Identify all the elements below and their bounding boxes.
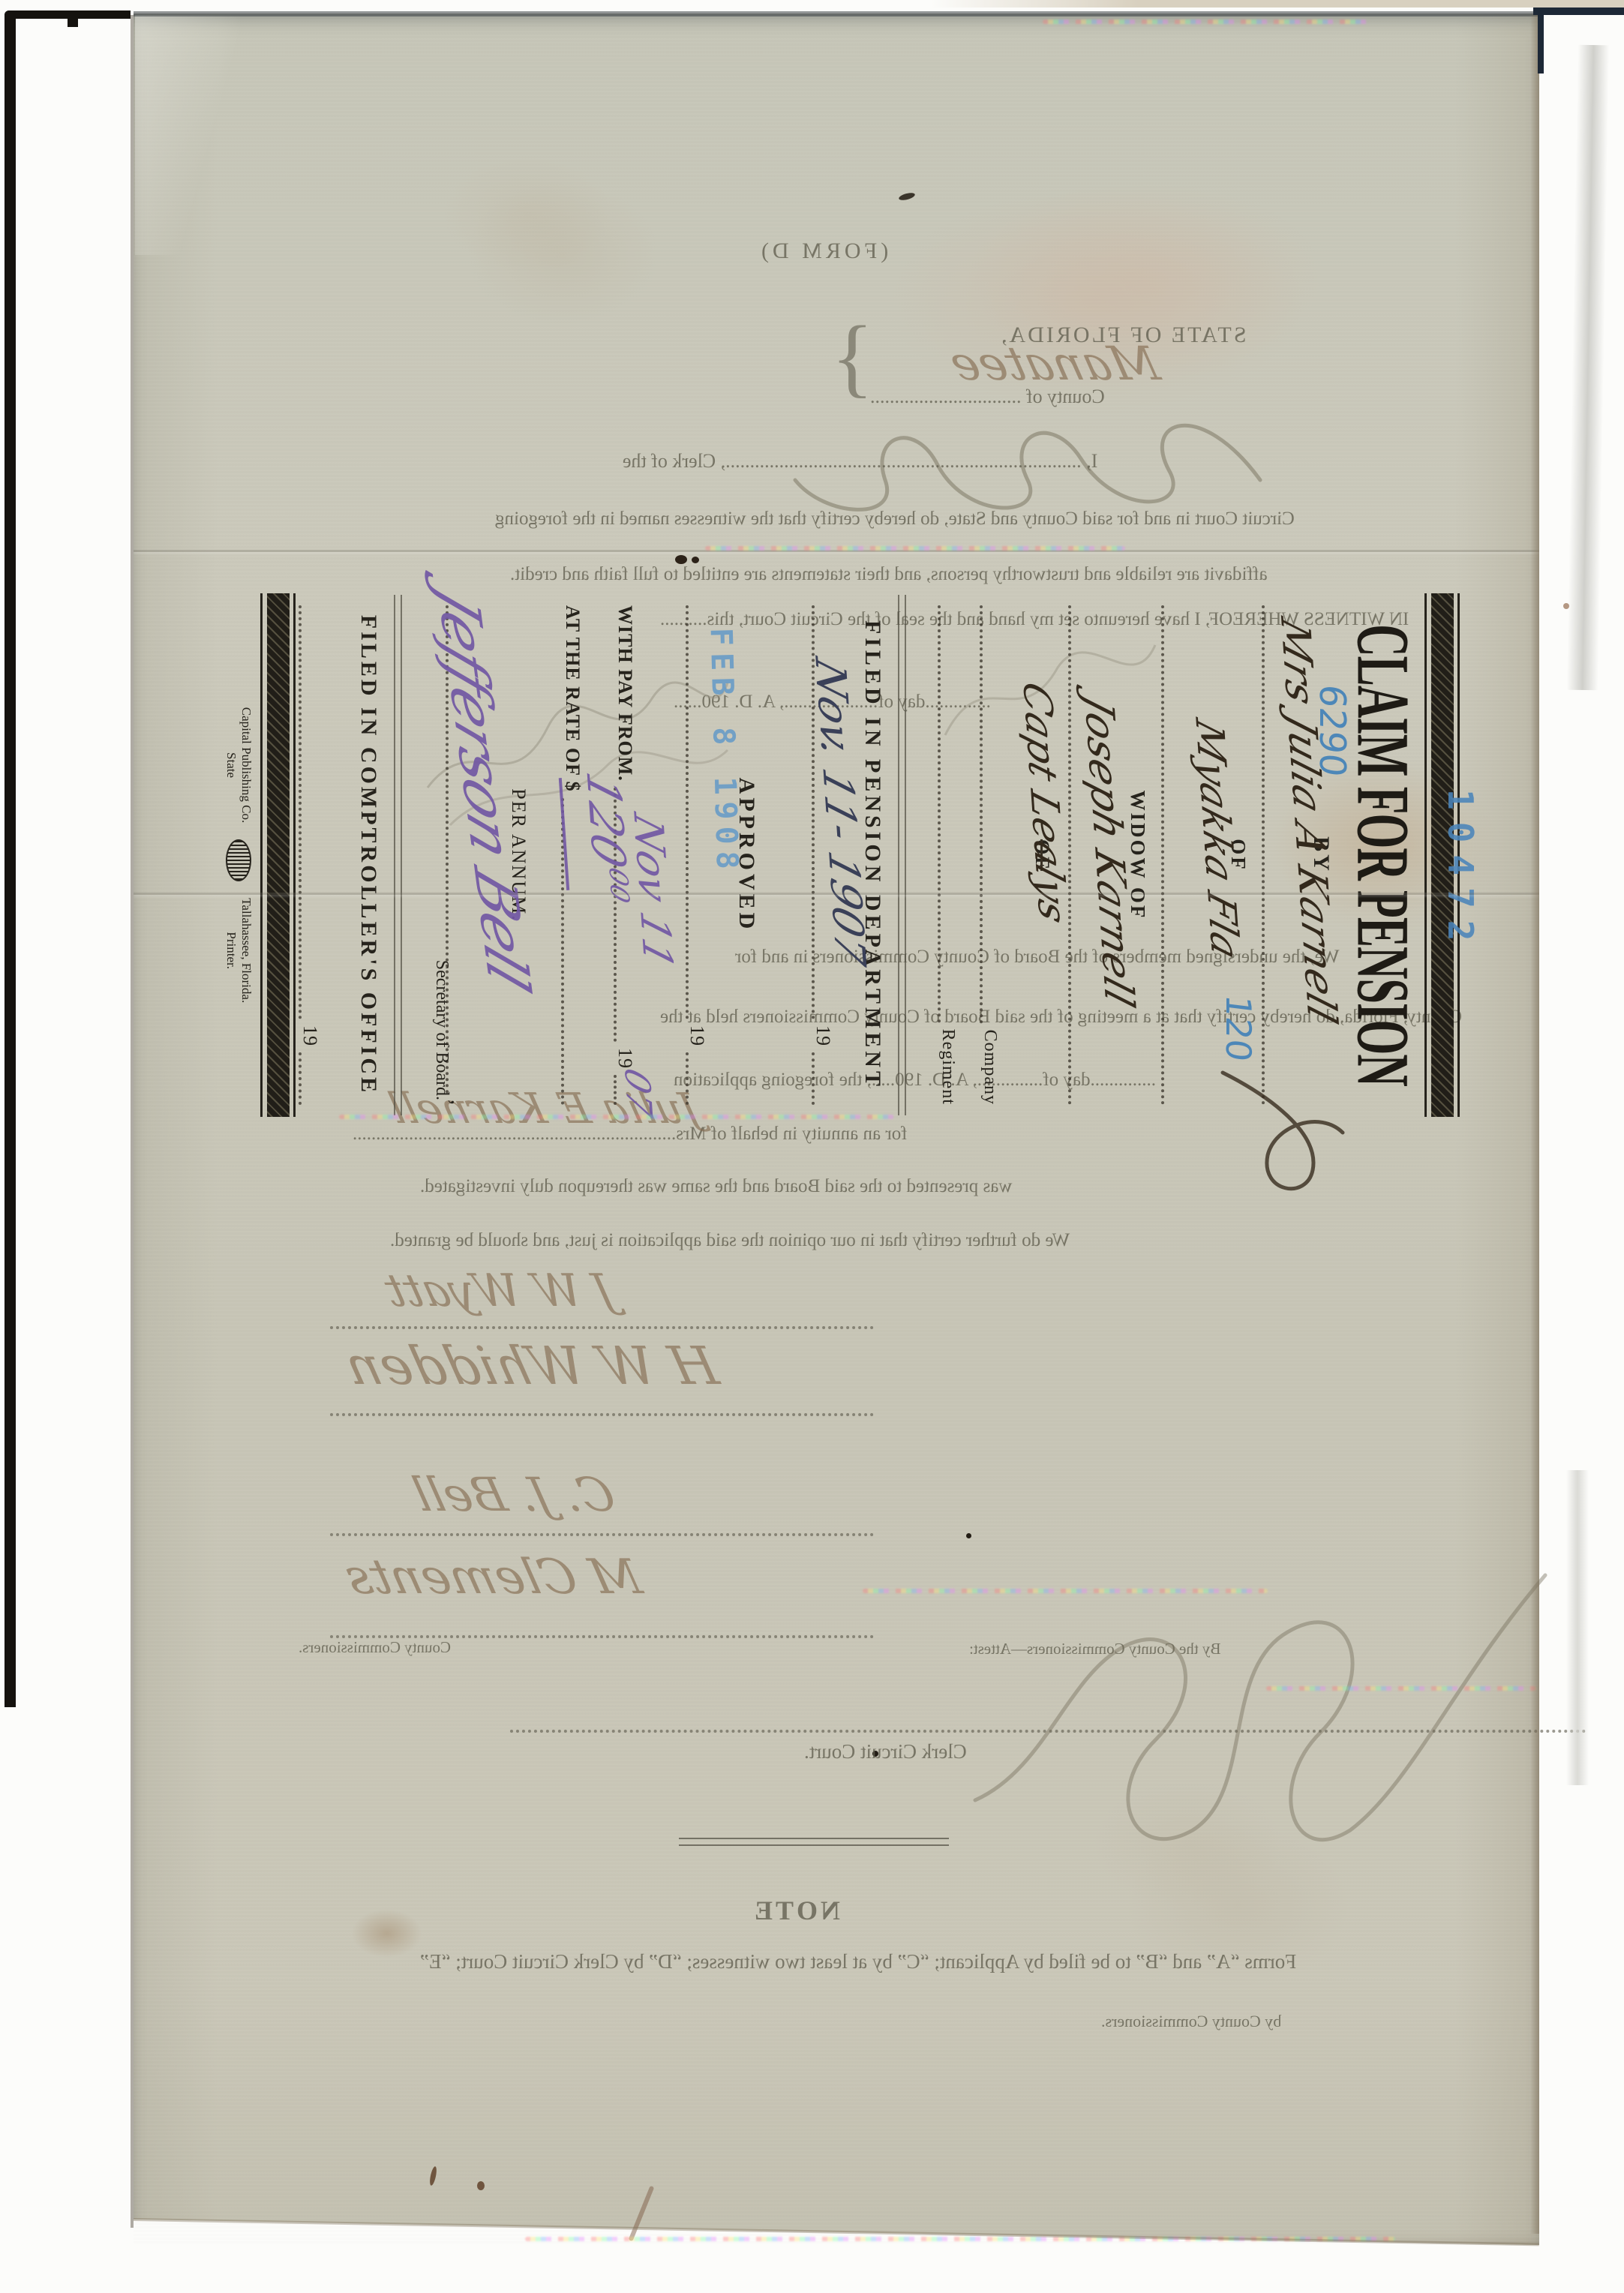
bleed-cert-line-2: affidavit are reliable and trustworthy p… xyxy=(510,564,1268,585)
bleed-granted-line: We do further certify that in our opinio… xyxy=(390,1230,1070,1251)
dotted-blank-line xyxy=(1262,605,1290,1105)
glare-streak xyxy=(1266,1686,1536,1691)
scanner-stub-right xyxy=(1538,15,1544,74)
dotted-blank-line xyxy=(1068,605,1097,1105)
dotted-blank xyxy=(980,605,995,1024)
bleed-signature-line xyxy=(330,1533,874,1536)
year-prefix: 19 xyxy=(686,1025,708,1046)
docket-number-stamp: 10472 xyxy=(1440,789,1481,953)
bleed-note-line-1: Forms “A” and “B” to be filed by Applica… xyxy=(420,1950,1296,1973)
sleeve-wrinkle xyxy=(1566,1470,1589,1785)
stain xyxy=(351,1909,422,1958)
ink-speck xyxy=(477,2181,485,2190)
filed-comptroller-label: FILED IN COMPTROLLER'S OFFICE xyxy=(356,589,381,1121)
dotted-blank xyxy=(299,1052,314,1105)
printer-imprint: Capital Publishing Co. State Tallahassee… xyxy=(224,589,254,1121)
bleed-note-rule xyxy=(679,1838,949,1846)
comptroller-date-line: 19 xyxy=(299,605,329,1105)
fold-crease xyxy=(134,893,1539,895)
sleeve-wrinkle xyxy=(1566,45,1609,691)
dotted-blank xyxy=(686,1052,701,1105)
bleed-note-title: NOTE xyxy=(752,1895,840,1926)
comma: , xyxy=(446,1100,470,1105)
glare-streak xyxy=(1043,20,1373,24)
bleed-signature-line xyxy=(330,1326,874,1329)
bleed-commissioner-signature-3: C. J. Bell xyxy=(407,1467,620,1522)
section-rule xyxy=(898,595,906,1115)
paper-edge-top xyxy=(134,11,1539,17)
dotted-blank xyxy=(299,605,314,1019)
regiment-line: Regiment xyxy=(938,605,966,1105)
bleed-county-commissioners-label: County Commissioners. xyxy=(299,1638,451,1657)
date-received-stamp: FEB 8 1908 xyxy=(704,627,745,876)
imprint-left-2: State xyxy=(224,707,239,823)
bleed-note-line-2: by County Commissioners. xyxy=(1101,2012,1281,2031)
bleed-commissioner-signature-2: H W Whidden xyxy=(339,1335,724,1397)
company-handwriting: Capt Lealys xyxy=(1013,677,1075,929)
glare-streak xyxy=(705,546,1125,551)
dotted-blank xyxy=(812,1052,827,1105)
rate-label: AT THE RATE OF $ xyxy=(561,605,584,792)
ink-speck xyxy=(692,557,699,563)
imprint-right-2: Printer. xyxy=(224,898,239,1003)
regiment-label: Regiment xyxy=(938,1029,958,1105)
year-prefix: 19 xyxy=(299,1025,321,1046)
border-ornate-bar xyxy=(267,593,290,1117)
bleed-commissioner-signature-4: M Clements xyxy=(340,1550,647,1605)
dotted-blank-line xyxy=(1161,605,1190,1105)
printer-logo-icon xyxy=(226,839,251,881)
scanner-line-top-right xyxy=(1533,8,1624,15)
bleed-form-d: (FORM D) xyxy=(758,239,888,264)
dust-speck xyxy=(1563,603,1569,609)
bleed-county-script: Manatee xyxy=(944,336,1165,391)
scanner-bar-top xyxy=(5,11,131,19)
border-rule xyxy=(260,593,263,1117)
imprint-right-1: Tallahassee, Florida. xyxy=(239,898,254,1003)
company-label: Company xyxy=(980,1030,1000,1105)
glare-streak xyxy=(863,1589,1268,1593)
paper-edge-left xyxy=(131,15,134,2228)
scanner-notch xyxy=(68,19,78,27)
section-rule xyxy=(394,595,402,1115)
bleed-i-line: I, .....................................… xyxy=(623,450,1097,473)
handwriting-flourish xyxy=(1208,1065,1350,1208)
rate-handwriting: 12000 xyxy=(575,767,638,908)
with-pay-label: WITH PAY FROM. xyxy=(614,605,636,782)
dotted-blank xyxy=(938,605,953,1023)
glare-streak xyxy=(339,1115,894,1119)
ink-speck xyxy=(675,555,687,564)
border-rule xyxy=(293,593,296,1117)
imprint-left-1: Capital Publishing Co. xyxy=(239,707,254,823)
document-scan: (FORM D) STATE OF FLORIDA, { County of .… xyxy=(0,0,1624,2293)
company-line: Company xyxy=(980,605,1008,1105)
claim-form: CLAIM FOR PENSION 6290 BY Mrs Julia A Ka… xyxy=(203,589,1463,1121)
pay-year-handwriting: 07 xyxy=(617,1064,660,1121)
bleed-investigated-line: was presented to the said Board and the … xyxy=(420,1176,1012,1197)
rate-number-blue: 120 xyxy=(1218,993,1259,1064)
bleed-commissioner-signature-1: J W Wyatt xyxy=(380,1265,620,1317)
bleed-signature-line xyxy=(330,1413,874,1416)
scanner-strip-tan xyxy=(930,0,1624,8)
rate-dollars: 120 xyxy=(575,767,636,875)
corner-fold-glare xyxy=(135,15,240,255)
dotted-blank xyxy=(686,605,701,1019)
claim-form-rotated: CLAIM FOR PENSION 6290 BY Mrs Julia A Ka… xyxy=(203,589,1463,1121)
scanner-bar-left xyxy=(5,11,16,1707)
year-prefix: 19 xyxy=(812,1025,834,1046)
paper-edge-right xyxy=(1530,15,1539,2234)
stain xyxy=(465,180,660,330)
form-title: CLAIM FOR PENSION xyxy=(1340,605,1426,1105)
bleed-cert-line-1: Circuit Court in and for said County and… xyxy=(495,509,1295,530)
ink-speck xyxy=(966,1533,971,1538)
